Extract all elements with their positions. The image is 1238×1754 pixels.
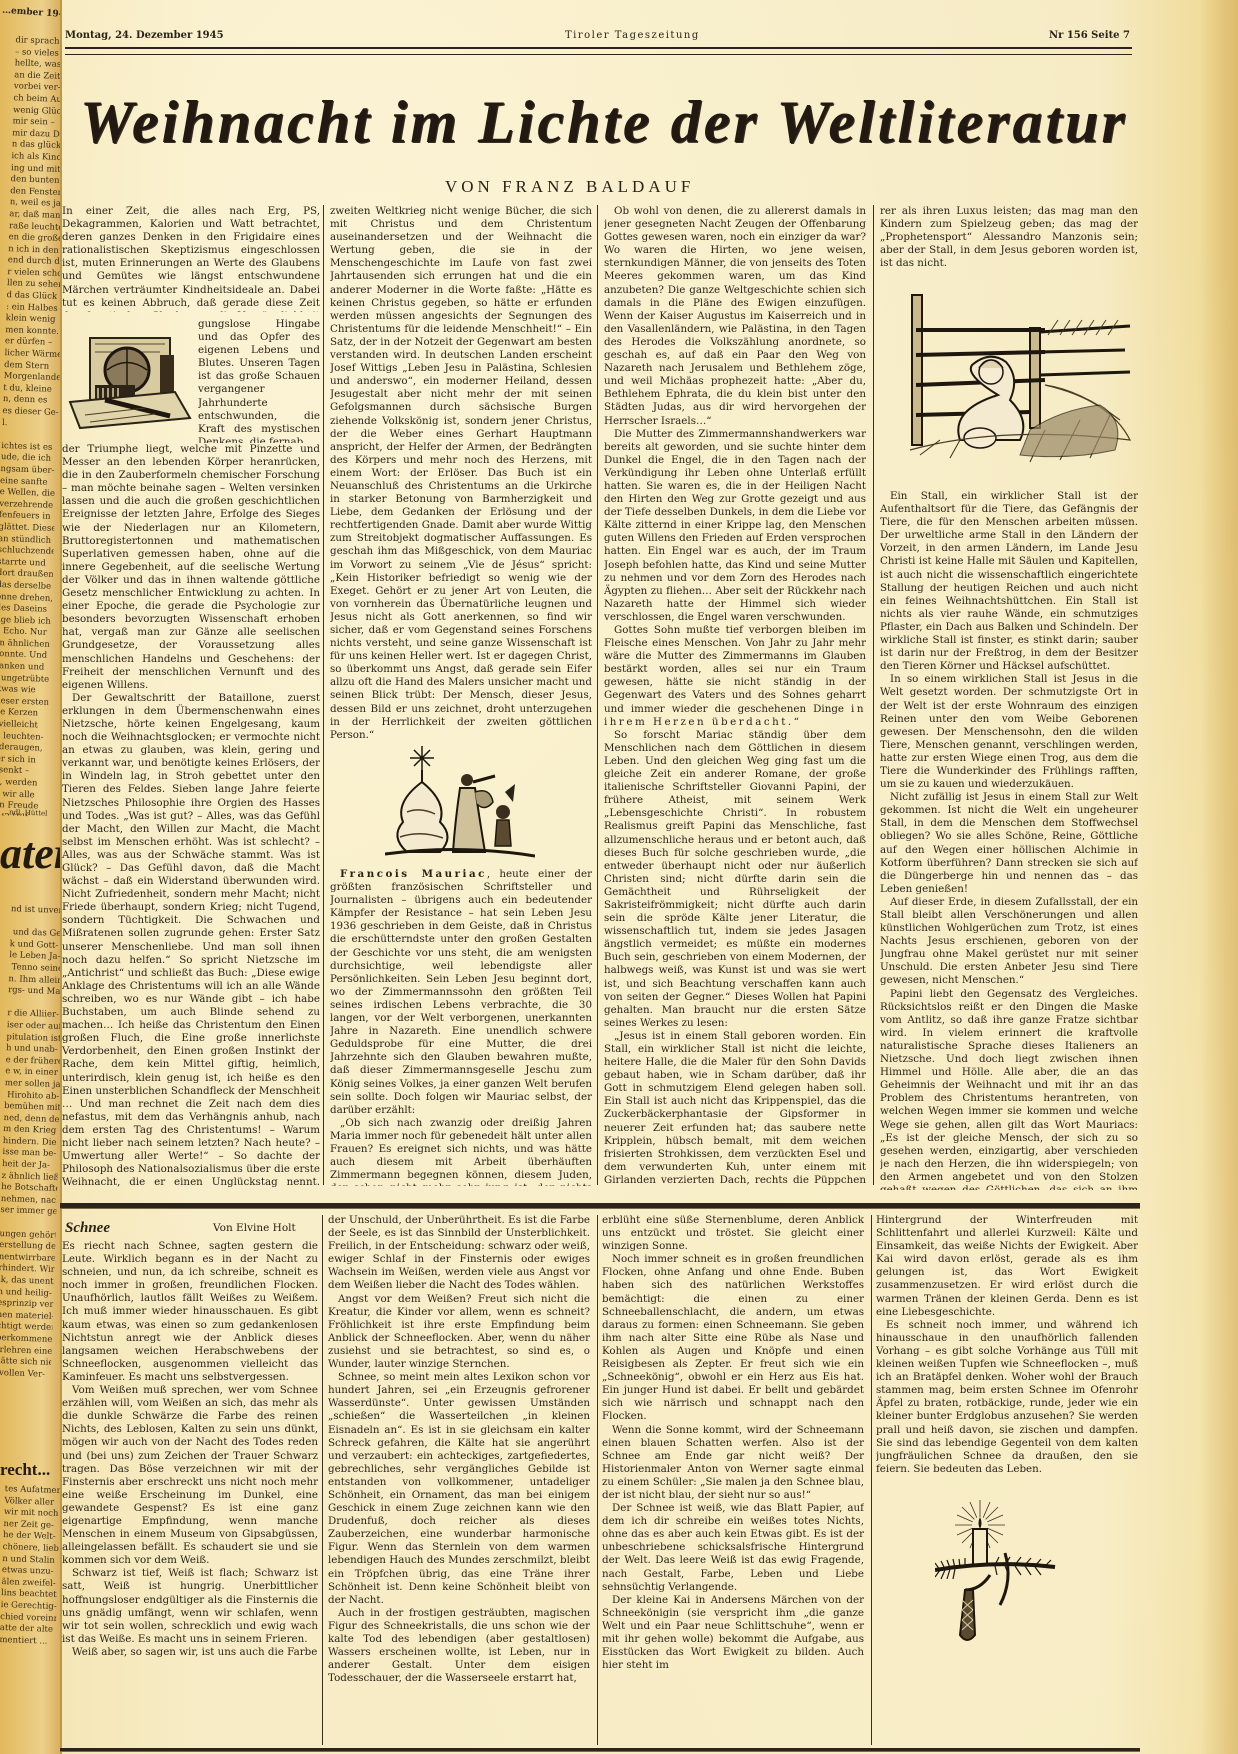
snow-col3-para5: Der kleine Kai in Andersens Märchen von … bbox=[602, 1594, 864, 1673]
main-col3-para5: „Jesus ist in einem Stall geboren worden… bbox=[604, 1030, 866, 1187]
previous-page-heading-fragment: ater bbox=[0, 828, 62, 879]
main-col2-para2-text: , heute einer der größten französischen … bbox=[330, 868, 592, 1116]
previous-page-signature: …ndl. Hüttel bbox=[2, 807, 58, 823]
stable-icon bbox=[880, 290, 1138, 480]
snow-col1-para3: Schwarz ist tief, Weiß ist flach; Schwar… bbox=[62, 1567, 318, 1646]
previous-page-text-mid: nd ist unver- und das Ge- k und Gott- le… bbox=[0, 904, 62, 1426]
column-divider bbox=[597, 1215, 598, 1745]
main-headline: Weihnacht im Lichte der Weltliteratur bbox=[80, 88, 1120, 157]
snow-article-title: Schnee bbox=[65, 1220, 110, 1237]
snow-col2-para1: der Unschuld, der Unberührtheit. Es ist … bbox=[328, 1214, 590, 1293]
main-col3-para3: Gottes Sohn mußte tief verborgen bleiben… bbox=[604, 624, 866, 729]
main-col4-top: rer als ihren Luxus leisten; das mag man… bbox=[880, 205, 1138, 283]
main-col1-para1-top: In einer Zeit, die alles nach Erg, PS, D… bbox=[62, 205, 320, 312]
main-col2-para3: „Ob sich nach zwanzig oder dreißig Jahre… bbox=[330, 1117, 592, 1186]
header-newspaper-name: Tiroler Tageszeitung bbox=[565, 30, 700, 41]
main-byline: VON FRANZ BALDAUF bbox=[445, 177, 694, 197]
main-col3-para2: Die Mutter des Zimmermannshandwerkers wa… bbox=[604, 428, 866, 624]
mauriac-name: Francois Mauriac bbox=[340, 868, 487, 880]
page-header: Montag, 24. Dezember 1945 Tiroler Tagesz… bbox=[65, 30, 1130, 44]
main-col3-para1: Ob wohl von denen, die zu allererst dama… bbox=[604, 205, 866, 428]
main-col4-bottom: Ein Stall, ein wirklicher Stall ist der … bbox=[880, 490, 1138, 1190]
main-col1-para1-wrap: gungslose Hingabe und das Opfer des eige… bbox=[198, 318, 320, 443]
snow-col1-para2: Vom Weißen muß sprechen, wer vom Schnee … bbox=[62, 1384, 318, 1567]
snow-col3-para3: Wenn die Sonne kommt, wird der Schneeman… bbox=[602, 1424, 864, 1503]
snow-col2-para2: Angst vor dem Weißen? Freut sich nicht d… bbox=[328, 1293, 590, 1372]
main-col2-para2: Francois Mauriac, heute einer der größte… bbox=[330, 868, 592, 1117]
snow-col1: Es riecht nach Schnee, sagten gestern di… bbox=[62, 1240, 318, 1745]
angel-tree-icon bbox=[385, 742, 535, 867]
main-col3-para3-text: Gottes Sohn mußte tief verborgen bleiben… bbox=[604, 624, 866, 715]
column-divider bbox=[323, 205, 324, 1185]
main-col4-para2: Ein Stall, ein wirklicher Stall ist der … bbox=[880, 490, 1138, 673]
snow-col3-para1: erblüht eine süße Sternenblume, deren An… bbox=[602, 1214, 864, 1253]
header-date: Montag, 24. Dezember 1945 bbox=[65, 30, 224, 41]
globe-books-icon bbox=[65, 330, 195, 430]
snow-article-author: Von Elvine Holt bbox=[213, 1222, 296, 1234]
candle-fir-branch-illustration bbox=[935, 1495, 1065, 1645]
nativity-angel-illustration bbox=[385, 742, 535, 867]
column-divider bbox=[322, 1215, 323, 1745]
previous-page-text-bottom: tes Aufatmen Völker aller wir mit noch n… bbox=[0, 1484, 61, 1651]
main-col2-para1: zweiten Weltkrieg nicht wenige Bücher, d… bbox=[330, 205, 592, 742]
globe-books-illustration bbox=[65, 330, 195, 430]
main-col4-para6: Papini liebt den Gegensatz des Vergleich… bbox=[880, 988, 1138, 1190]
header-issue-page: Nr 156 Seite 7 bbox=[1049, 30, 1130, 41]
previous-page-text-top: dir sprach. – so vieles hellte, was an d… bbox=[0, 35, 62, 816]
column-divider bbox=[597, 205, 598, 1185]
main-col1-rest: der Triumphe liegt, welche mit Pinzette … bbox=[62, 443, 320, 1188]
main-col1-top: In einer Zeit, die alles nach Erg, PS, D… bbox=[62, 205, 320, 312]
header-rule bbox=[65, 47, 1132, 55]
main-col4-para1: rer als ihren Luxus leisten; das mag man… bbox=[880, 205, 1138, 270]
main-col1-para2: Der Gewaltschritt der Bataillone, zuerst… bbox=[62, 692, 320, 1188]
snow-col4-para2: Es schneit noch immer, und während ich h… bbox=[876, 1319, 1138, 1476]
main-col1-para1-rest: der Triumphe liegt, welche mit Pinzette … bbox=[62, 443, 320, 692]
column-divider bbox=[873, 205, 874, 1185]
main-col3: Ob wohl von denen, die zu allererst dama… bbox=[604, 205, 866, 1187]
snow-col3-para2: Noch immer schneit es in großen freundli… bbox=[602, 1253, 864, 1423]
candle-icon bbox=[935, 1495, 1065, 1645]
previous-page-date: …ember 1945 bbox=[2, 6, 62, 21]
snow-col4: Hintergrund der Winterfreuden mit Schlit… bbox=[876, 1214, 1138, 1476]
main-col2-bottom: Francois Mauriac, heute einer der größte… bbox=[330, 868, 592, 1186]
previous-page-edge: …ember 1945 dir sprach. – so vieles hell… bbox=[0, 0, 62, 1754]
main-col4-para5: Auf dieser Erde, in diesem Zufallsstall,… bbox=[880, 896, 1138, 988]
page-edge-shadow bbox=[1200, 0, 1238, 1754]
main-col4-para3: In so einem wirklichen Stall ist Jesus i… bbox=[880, 673, 1138, 791]
section-separator bbox=[60, 1203, 1140, 1209]
newspaper-page: …ember 1945 dir sprach. – so vieles hell… bbox=[0, 0, 1238, 1754]
snow-col1-para1: Es riecht nach Schnee, sagten gestern di… bbox=[62, 1240, 318, 1384]
main-col4-para4: Nicht zufällig ist Jesus in einem Stall … bbox=[880, 791, 1138, 896]
snow-col4-para1: Hintergrund der Winterfreuden mit Schlit… bbox=[876, 1214, 1138, 1319]
main-col2-top: zweiten Weltkrieg nicht wenige Bücher, d… bbox=[330, 205, 592, 745]
snow-col3-para4: Der Schnee ist weiß, wie das Blatt Papie… bbox=[602, 1502, 864, 1594]
snow-col2-para3: Schnee, so meint mein altes Lexikon scho… bbox=[328, 1371, 590, 1607]
previous-page-subheading-fragment: recht... bbox=[0, 1460, 50, 1480]
snow-col2: der Unschuld, der Unberührtheit. Es ist … bbox=[328, 1214, 590, 1744]
stable-mother-child-illustration bbox=[880, 290, 1138, 480]
column-divider bbox=[871, 1215, 872, 1745]
bottom-rule bbox=[60, 1748, 1140, 1752]
main-col1-wrap: gungslose Hingabe und das Opfer des eige… bbox=[198, 318, 320, 443]
snow-col1-para4: Weiß aber, so sagen wir, ist uns auch di… bbox=[62, 1646, 318, 1659]
main-col3-para4: So forscht Mariac ständig über dem Mensc… bbox=[604, 729, 866, 1030]
snow-col2-para4: Auch in der frostigen gesträubten, magis… bbox=[328, 1607, 590, 1686]
snow-col3: erblüht eine süße Sternenblume, deren An… bbox=[602, 1214, 864, 1744]
